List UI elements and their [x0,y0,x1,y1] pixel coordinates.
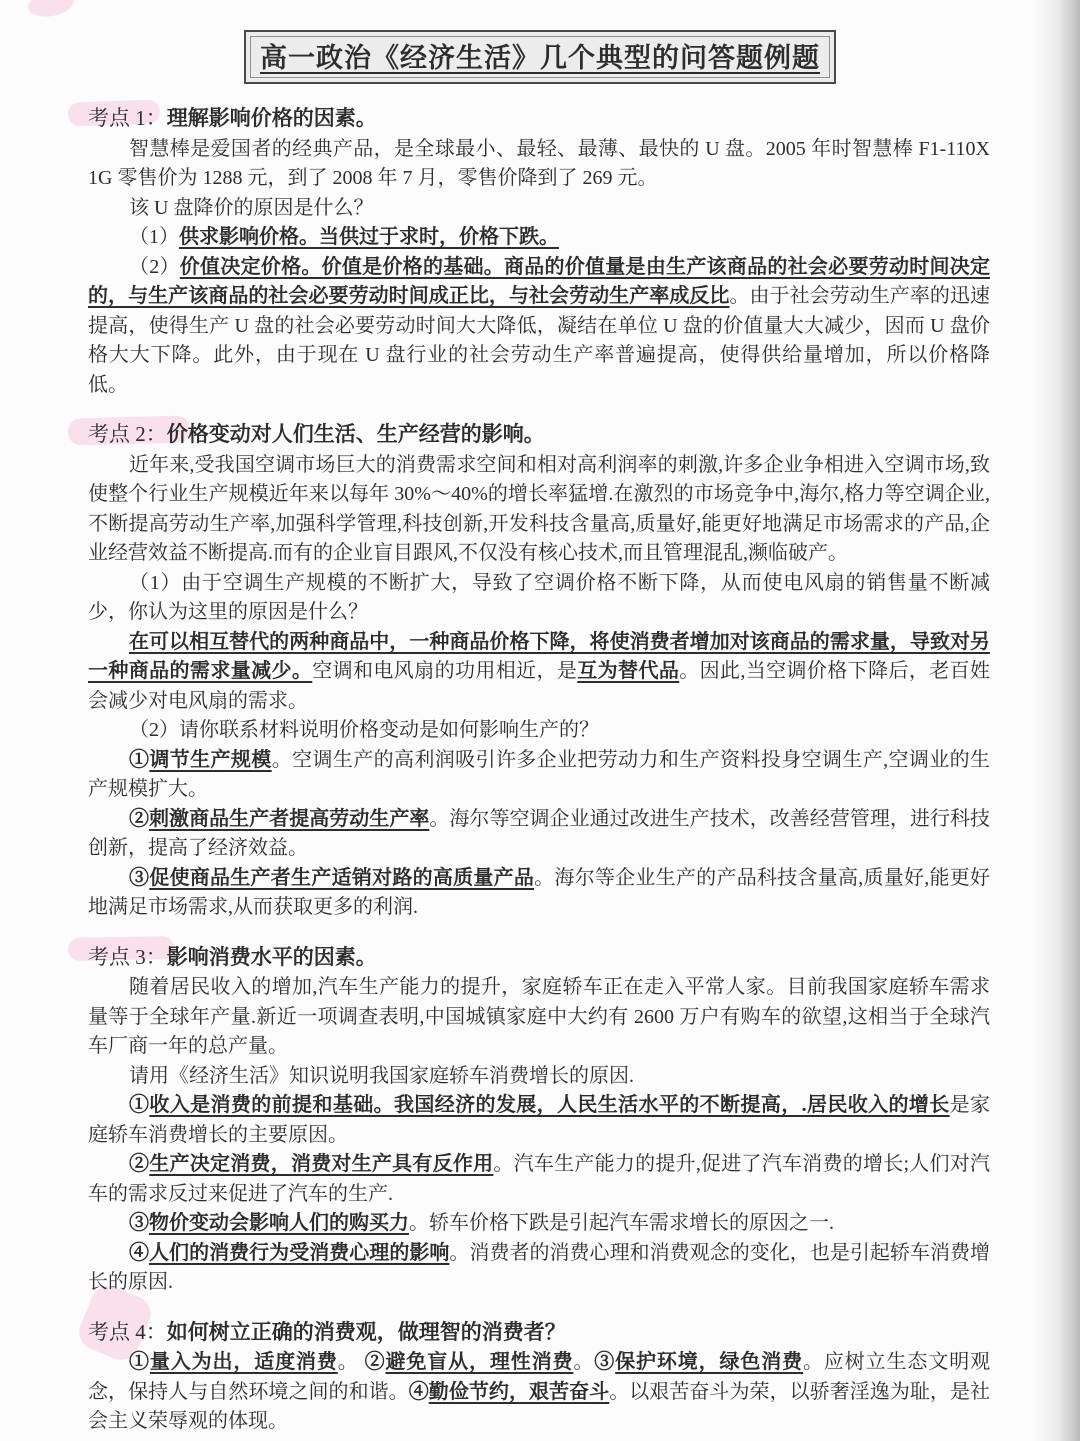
emphasized-answer-text: 人们的消费行为受消费心理的影响 [149,1242,449,1264]
section-heading-line: 考点 3：影响消费水平的因素。 [88,943,990,974]
kaodian-label: 考点 1： [88,104,167,134]
document-body: 考点 1：理解影响价格的因素。智慧棒是爱国者的经典产品，是全球最小、最轻、最薄、… [0,96,1080,1437]
section-heading-line: 考点 2：价格变动对人们生活、生产经营的影响。 [88,420,990,451]
section-heading: 影响消费水平的因素。 [167,945,377,969]
kaodian-label: 考点 2： [88,420,167,450]
paragraph: 请用《经济生活》知识说明我国家庭轿车消费增长的原因. [88,1062,990,1092]
document-title-box: 高一政治《经济生活》几个典型的问答题例题 [244,30,836,84]
text-run: ④ [129,1242,149,1264]
document-title: 高一政治《经济生活》几个典型的问答题例题 [260,43,820,73]
text-run: ② [129,808,149,830]
paragraph: 在可以相互替代的两种商品中，一种商品价格下降，将使消费者增加对该商品的需求量，导… [88,628,990,717]
section-heading: 价格变动对人们生活、生产经营的影响。 [167,422,545,446]
title-area: 高一政治《经济生活》几个典型的问答题例题 [0,0,1080,84]
text-run: （1） [129,226,179,248]
section-heading: 如何树立正确的消费观，做理智的消费者？ [167,1320,566,1344]
paragraph: ①调节生产规模。空调生产的高利润吸引许多企业把劳动力和生产资料投身空调生产,空调… [88,746,990,805]
emphasized-answer-text: 刺激商品生产者提高劳动生产率 [149,808,429,830]
paragraph: ①量入为出，适度消费。 ②避免盲从，理性消费。③保护环境，绿色消费。应树立生态文… [88,1348,990,1437]
paragraph: 该 U 盘降价的原因是什么？ [88,194,990,224]
text-run: ① [129,1094,149,1116]
text-run: （1）由于空调生产规模的不断扩大，导致了空调价格不断下降，从而使电风扇的销售量不… [88,572,990,624]
text-run: 随着居民收入的增加,汽车生产能力的提升，家庭轿车正在走入平常人家。目前我国家庭轿… [88,976,990,1057]
paragraph: ①收入是消费的前提和基础。我国经济的发展，人民生活水平的不断提高，.居民收入的增… [88,1091,990,1150]
emphasized-answer-text: 保护环境，绿色消费 [615,1351,803,1373]
text-run: 近年来,受我国空调市场巨大的消费需求空间和相对高利润率的刺激,许多企业争相进入空… [88,454,990,565]
text-run: ③ [594,1351,615,1373]
paragraph: ③物价变动会影响人们的购买力。轿车价格下跌是引起汽车需求增长的原因之一. [88,1209,990,1239]
emphasized-answer-text: 调节生产规模 [149,749,271,771]
paragraph: 近年来,受我国空调市场巨大的消费需求空间和相对高利润率的刺激,许多企业争相进入空… [88,451,990,569]
emphasized-answer-text: 量入为出，适度消费 [150,1351,338,1373]
section-heading-line: 考点 1：理解影响价格的因素。 [88,104,990,135]
text-run: 请用《经济生活》知识说明我国家庭轿车消费增长的原因. [129,1065,634,1087]
paragraph: ②刺激商品生产者提高劳动生产率。海尔等空调企业通过改进生产技术，改善经营管理，进… [88,805,990,864]
paragraph: ②生产决定消费，消费对生产具有反作用。汽车生产能力的提升,促进了汽车消费的增长;… [88,1150,990,1209]
kaodian-label: 考点 3： [88,943,167,973]
paragraph: （2）价值决定价格。价值是价格的基础。商品的价值量是由生产该商品的社会必要劳动时… [88,253,990,401]
text-run: ② [129,1153,149,1175]
emphasized-answer-text: 收入是消费的前提和基础。我国经济的发展，人民生活水平的不断提高，.居民收入的增长 [149,1094,949,1116]
text-run: 。 [573,1351,594,1373]
section-kaodian-4: 考点 4：如何树立正确的消费观，做理智的消费者？①量入为出，适度消费。 ②避免盲… [88,1318,990,1437]
text-run: ④ [409,1381,429,1403]
document-page: 高一政治《经济生活》几个典型的问答题例题 考点 1：理解影响价格的因素。智慧棒是… [0,0,1080,1441]
emphasized-answer-text: 勤俭节约，艰苦奋斗 [429,1381,609,1403]
text-run: 空调和电风扇的功用相近，是 [312,660,577,682]
paragraph: 智慧棒是爱国者的经典产品，是全球最小、最轻、最薄、最快的 U 盘。2005 年时… [88,135,990,194]
emphasized-answer-text: 供求影响价格。当供过于求时，价格下跌。 [179,226,559,248]
paragraph: （1）供求影响价格。当供过于求时，价格下跌。 [88,223,990,253]
text-run: 。轿车价格下跌是引起汽车需求增长的原因之一. [409,1212,834,1234]
emphasized-answer-text: 互为替代品 [577,660,679,682]
text-run: 。 [338,1351,365,1373]
emphasized-answer-text: 生产决定消费，消费对生产具有反作用 [149,1153,493,1175]
paragraph: 随着居民收入的增加,汽车生产能力的提升，家庭轿车正在走入平常人家。目前我国家庭轿… [88,973,990,1062]
section-heading: 理解影响价格的因素。 [167,106,377,130]
text-run: 智慧棒是爱国者的经典产品，是全球最小、最轻、最薄、最快的 U 盘。2005 年时… [88,138,990,190]
paragraph: ④人们的消费行为受消费心理的影响。消费者的消费心理和消费观念的变化，也是引起轿车… [88,1239,990,1298]
text-run: 该 U 盘降价的原因是什么？ [129,197,373,219]
paragraph: （1）由于空调生产规模的不断扩大，导致了空调价格不断下降，从而使电风扇的销售量不… [88,569,990,628]
emphasized-answer-text: 物价变动会影响人们的购买力 [149,1212,409,1234]
section-kaodian-2: 考点 2：价格变动对人们生活、生产经营的影响。近年来,受我国空调市场巨大的消费需… [88,420,990,923]
emphasized-answer-text: 避免盲从，理性消费 [385,1351,573,1373]
kaodian-label: 考点 4： [88,1318,167,1348]
text-run: ③ [129,1212,149,1234]
paragraph: ③促使商品生产者生产适销对路的高质量产品。海尔等企业生产的产品科技含量高,质量好… [88,864,990,923]
section-kaodian-1: 考点 1：理解影响价格的因素。智慧棒是爱国者的经典产品，是全球最小、最轻、最薄、… [88,104,990,400]
text-run: ③ [129,867,149,889]
paragraph: （2）请你联系材料说明价格变动是如何影响生产的？ [88,716,990,746]
emphasized-answer-text: 促使商品生产者生产适销对路的高质量产品 [149,867,534,889]
text-run: （2）请你联系材料说明价格变动是如何影响生产的？ [129,719,599,741]
text-run: ② [365,1351,386,1373]
section-heading-line: 考点 4：如何树立正确的消费观，做理智的消费者？ [88,1318,990,1349]
section-kaodian-3: 考点 3：影响消费水平的因素。随着居民收入的增加,汽车生产能力的提升，家庭轿车正… [88,943,990,1298]
text-run: ① [129,1351,150,1373]
text-run: ① [129,749,149,771]
text-run: （2） [129,256,180,278]
